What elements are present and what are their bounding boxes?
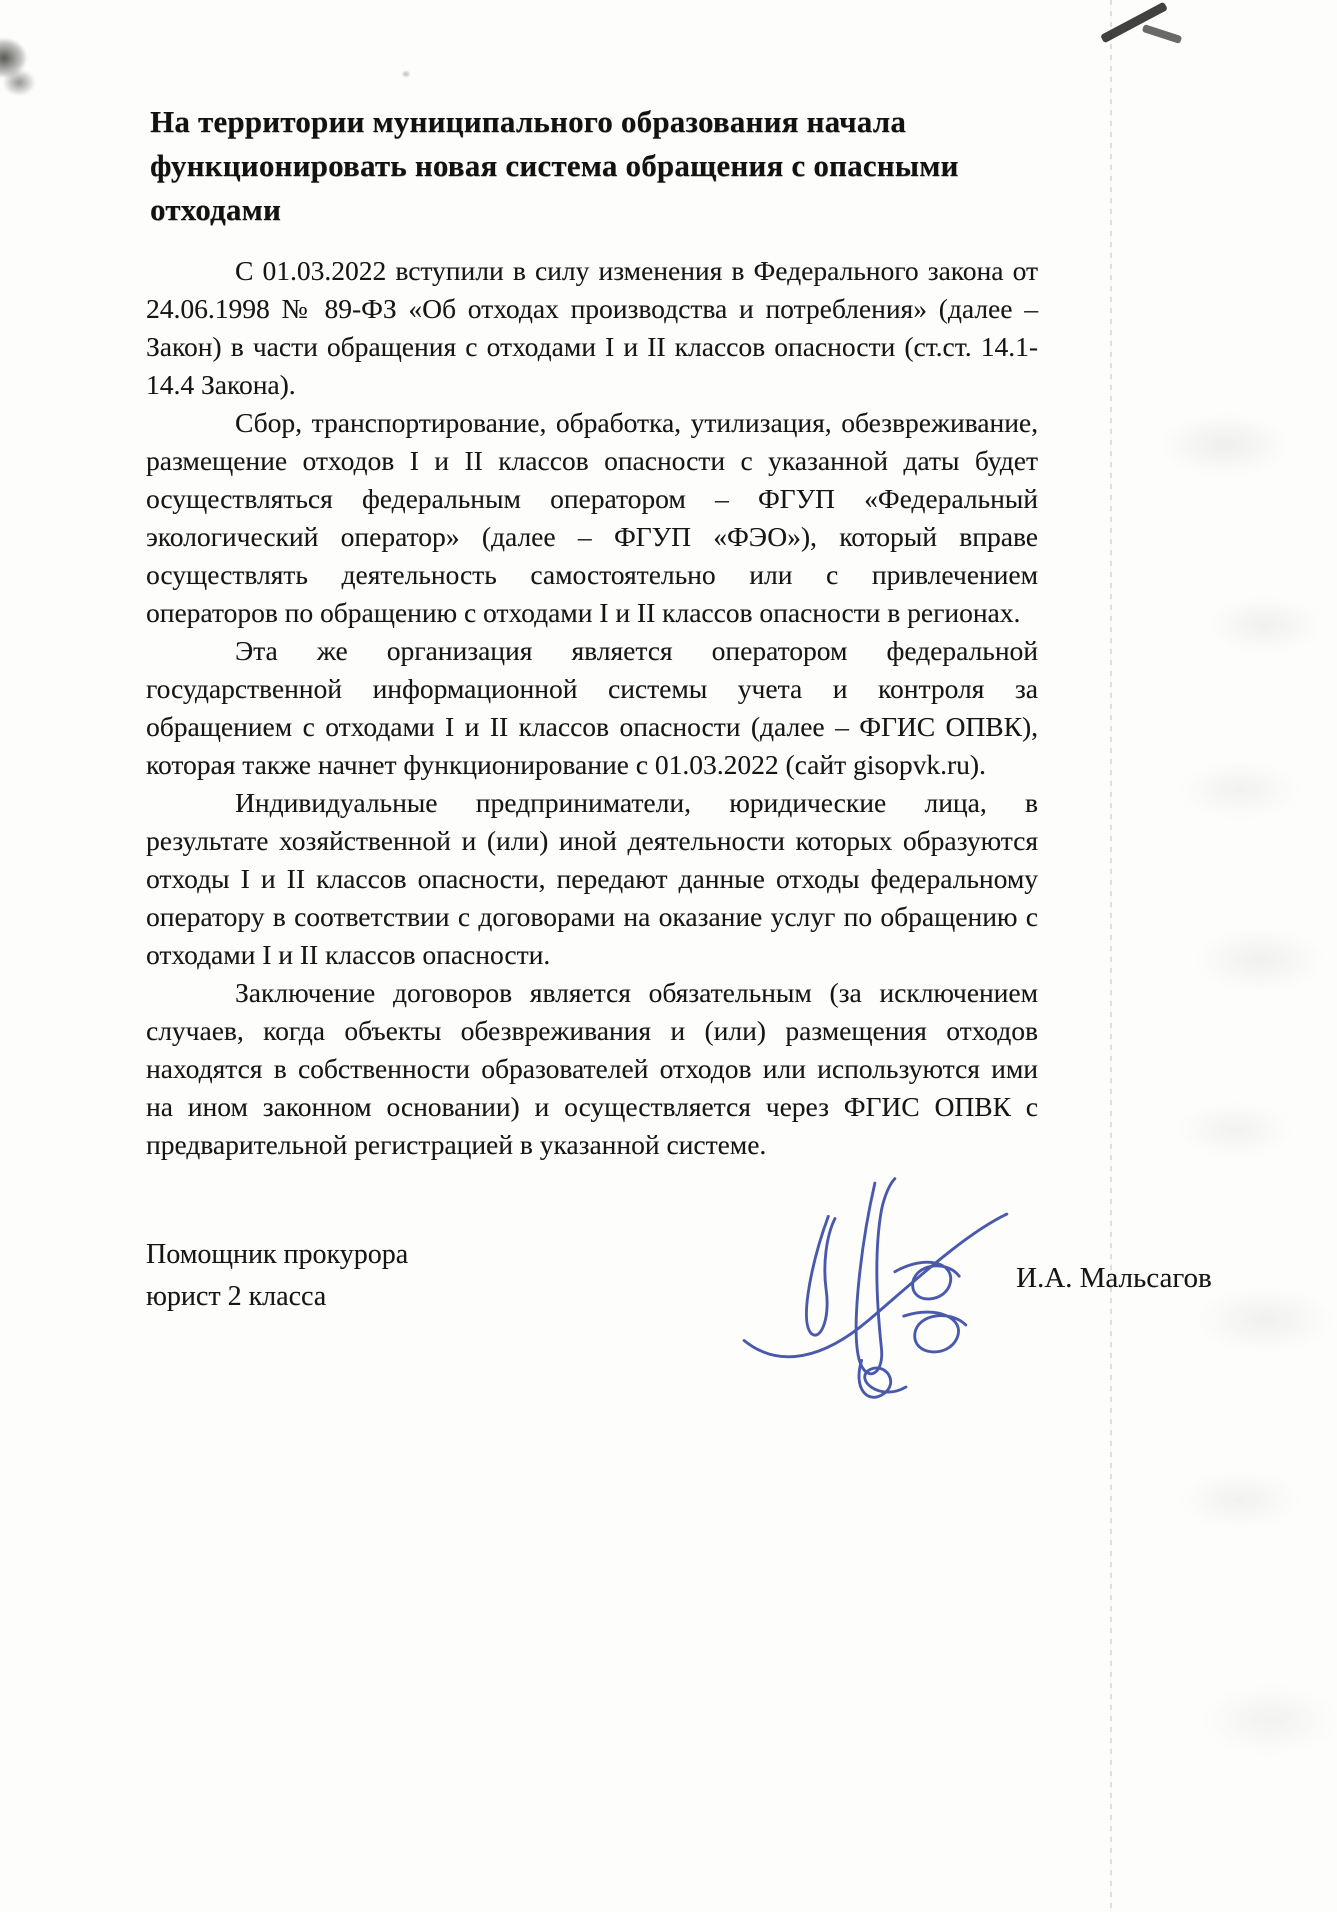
scan-fold-line <box>1110 0 1112 1912</box>
signer-post: Помощник прокурора юрист 2 класса <box>146 1234 408 1318</box>
paragraph: Эта же организация является оператором ф… <box>146 632 1038 784</box>
paragraph: С 01.03.2022 вступили в силу изменения в… <box>146 252 1038 404</box>
scan-mark <box>1100 2 1168 44</box>
scan-mark <box>1142 24 1183 44</box>
document-title: На территории муниципального образования… <box>150 100 1038 232</box>
paragraph: Индивидуальные предприниматели, юридичес… <box>146 784 1038 974</box>
signer-post-line1: Помощник прокурора <box>146 1234 408 1276</box>
scan-smudge-top-left <box>0 30 46 100</box>
signer-post-line2: юрист 2 класса <box>146 1276 408 1318</box>
paragraph: Заключение договоров является обязательн… <box>146 974 1038 1164</box>
scanned-document-page: На территории муниципального образования… <box>0 0 1337 1912</box>
paragraph: Сбор, транспортирование, обработка, утил… <box>146 404 1038 632</box>
signer-name: И.А. Мальсагов <box>1016 1260 1212 1296</box>
document-body: На территории муниципального образования… <box>146 100 1038 1164</box>
scan-smudge-top-right <box>1098 8 1190 58</box>
signature-ink <box>736 1152 1016 1407</box>
